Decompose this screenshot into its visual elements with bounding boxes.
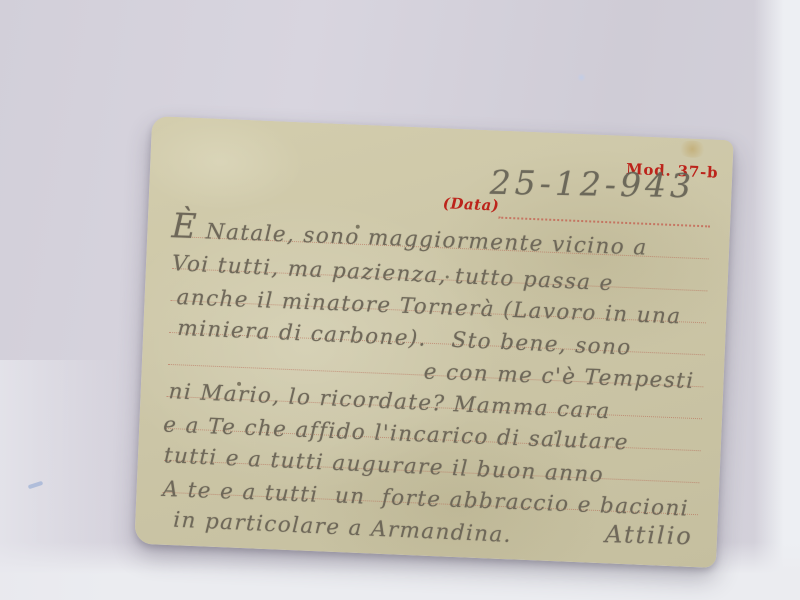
postcard: Mod. 37-b (Data) 25-12-943 È Natale, son… — [134, 116, 733, 568]
paper-stain — [677, 140, 708, 158]
signature: Attilio — [605, 520, 693, 550]
backdrop-right-edge — [754, 0, 800, 600]
message-body: È Natale, sono maggiormente vicino a Voi… — [159, 205, 710, 547]
handwritten-date: 25-12-943 — [489, 163, 695, 206]
photo-background: Mod. 37-b (Data) 25-12-943 È Natale, son… — [0, 0, 800, 600]
backdrop-left-light — [0, 360, 115, 600]
blue-speck — [577, 73, 586, 82]
handwriting-text: in particolare a Armandina. — [173, 508, 513, 548]
